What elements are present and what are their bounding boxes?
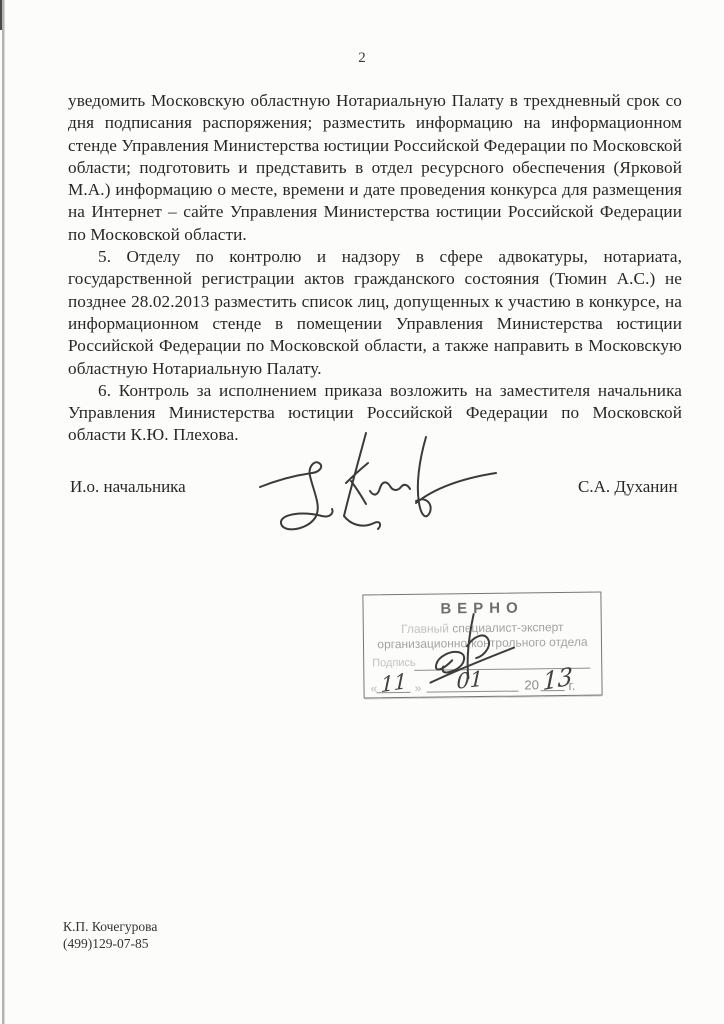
scan-edge-soft-line [4, 0, 5, 1024]
executor-phone: (499)129-07-85 [63, 935, 157, 952]
executor-block: К.П. Кочегурова (499)129-07-85 [63, 918, 157, 952]
certification-stamp: ВЕРНО Главный специалист-эксперт организ… [362, 592, 602, 699]
close-quote: » [414, 681, 421, 695]
stamp-handwritten-flourish-icon [422, 608, 523, 691]
document-body: уведомить Московскую областную Нотариаль… [68, 90, 682, 447]
document-page: 2 уведомить Московскую областную Нотариа… [0, 0, 724, 1024]
paragraph-item-5: 5. Отделу по контролю и надзору в сфере … [68, 246, 682, 380]
paragraph-continuation: уведомить Московскую областную Нотариаль… [68, 90, 682, 246]
signer-name: С.А. Духанин [578, 477, 678, 497]
year-suffix: г. [568, 678, 575, 693]
signer-position-label: И.о. начальника [70, 477, 186, 497]
printed-century: 20 [524, 677, 539, 692]
handwritten-signature-icon [258, 423, 498, 543]
executor-name: К.П. Кочегурова [63, 918, 157, 935]
stamp-signature-label: Подпись [372, 657, 416, 670]
page-number: 2 [0, 50, 724, 67]
